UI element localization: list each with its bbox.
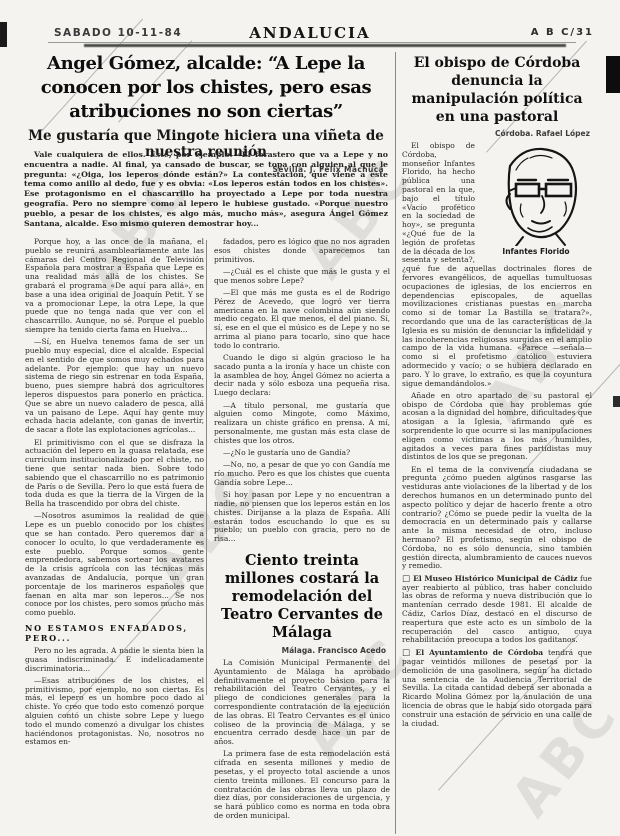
paragraph: En el tema de la convivencia ciudadana s… [402, 466, 592, 572]
paragraph: Si hoy pasan por Lepe y no encuentran a … [214, 491, 390, 544]
brief-lead: El Museo Histórico Municipal de Cádiz [413, 574, 577, 583]
lepe-crosshead: NO ESTAMOS ENFADADOS, PERO... [25, 623, 204, 643]
portrait-sketch-icon [480, 144, 592, 246]
header-rule-thin [48, 42, 576, 43]
paragraph: —¿No le gustaría uno de Gandía? [214, 449, 390, 458]
obispo-article: El obispo de Córdoba denuncia la manipul… [402, 54, 592, 832]
paragraph: fadados, pero es lógico que no nos agrad… [214, 238, 390, 264]
header-section-title: ANDALUCIA [0, 24, 620, 42]
lepe-column-left: Porque hoy, a las once de la mañana, el … [25, 238, 204, 830]
paragraph: El primitivismo con el que se disfraza l… [25, 439, 204, 509]
paragraph: —No, no, a pesar de que yo con Gandía me… [214, 461, 390, 487]
paragraph: Pero no les agrada. A nadie le sienta bi… [25, 647, 204, 673]
scan-artifact-bar [613, 396, 620, 407]
lepe-lead-paragraph: Vale cualquiera de ellos. Este, por ejem… [24, 150, 388, 228]
paragraph: La primera fase de esta remodelación est… [214, 750, 390, 820]
header-rule-thick [84, 44, 566, 47]
news-brief: □El Ayuntamiento de Córdoba tendrá que p… [402, 649, 592, 728]
teatro-article: Ciento treinta millones costará la remod… [214, 552, 390, 821]
paragraph: —A título personal, me gustaría que algu… [214, 402, 390, 446]
bishop-portrait: Infantes Florido [480, 144, 592, 256]
paragraph: Cuando le digo si algún gracioso le ha s… [214, 354, 390, 398]
obispo-byline: Córdoba. Rafael López [402, 129, 590, 138]
paragraph: —¿Cuál es el chiste que más le gusta y e… [214, 268, 390, 286]
newspaper-page: ABC ABC ABC ABC ABC ABC SABADO 10-11-84 … [0, 0, 620, 836]
paragraph: —Sí, en Huelva tenemos fama de ser un pu… [25, 338, 204, 435]
paragraph: Porque hoy, a las once de la mañana, el … [25, 238, 204, 335]
paragraph: —El que más me gusta es el de Rodrigo Pé… [214, 289, 390, 351]
news-brief: □El Museo Histórico Municipal de Cádiz f… [402, 575, 592, 645]
lepe-column-middle: fadados, pero es lógico que no nos agrad… [214, 238, 390, 830]
brief-text: tendrá que pagar veintidós millones de p… [402, 648, 592, 727]
portrait-caption: Infantes Florido [480, 247, 592, 256]
teatro-byline: Málaga. Francisco Acedo [214, 646, 386, 655]
teatro-headline: Ciento treinta millones costará la remod… [214, 552, 390, 642]
lepe-headline: Angel Gómez, alcalde: “A Lepe la conocen… [20, 52, 392, 124]
column-divider-outer [395, 52, 396, 834]
header-page-number: A B C/31 [531, 27, 594, 38]
paragraph: La Comisión Municipal Permanente del Ayu… [214, 659, 390, 747]
brief-text: fue ayer reabierto al público, tras habe… [402, 574, 592, 645]
brief-lead: El Ayuntamiento de Córdoba [415, 648, 543, 657]
scan-artifact-bar [606, 56, 620, 93]
paragraph: —Nosotros asumimos la realidad de que Le… [25, 512, 204, 618]
paragraph: Añade en otro apartado de su pastoral el… [402, 392, 592, 462]
column-divider-inner [206, 240, 207, 695]
paragraph: —Esas atribuciones de los chistes, el pr… [25, 677, 204, 747]
obispo-headline: El obispo de Córdoba denuncia la manipul… [402, 54, 592, 126]
